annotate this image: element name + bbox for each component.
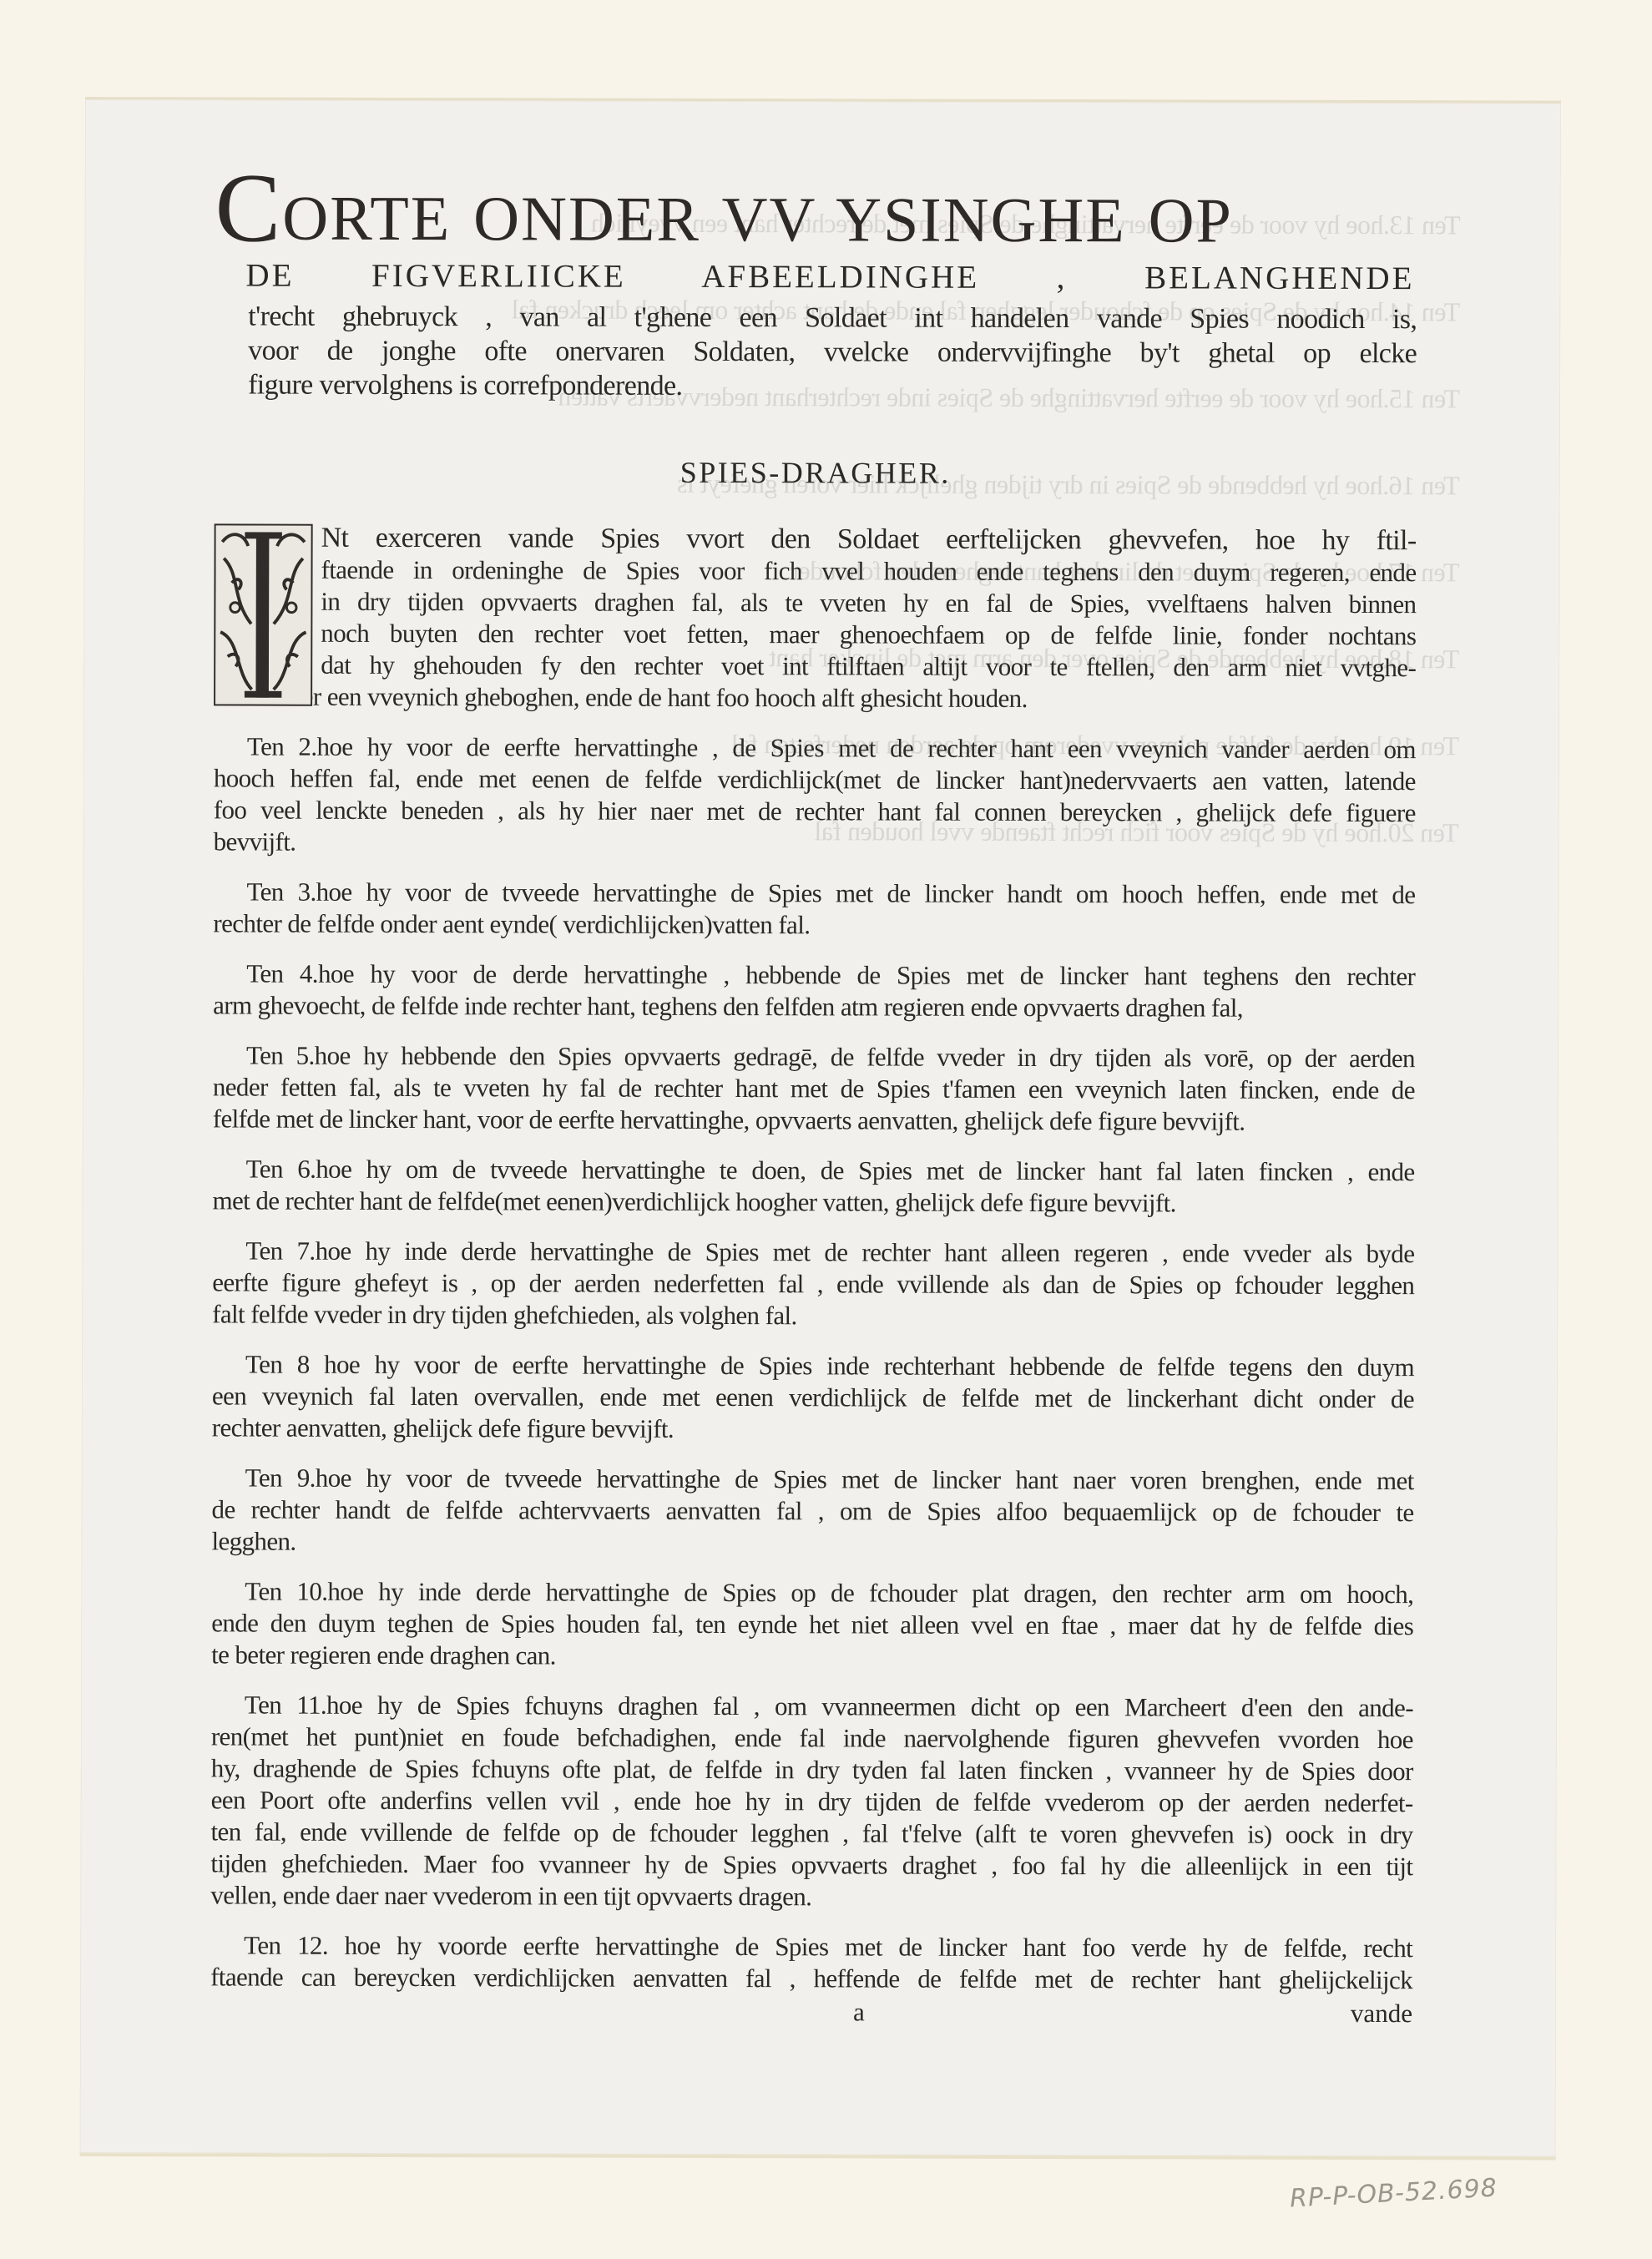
paragraph-line: met de rechter hant de felfde(met eenen)… bbox=[212, 1185, 1414, 1220]
paragraph-2: Ten 2.hoe hy voor de eerfte hervattinghe… bbox=[214, 730, 1416, 861]
title-intro: t'recht ghebruyck , van al t'ghene een S… bbox=[248, 300, 1417, 406]
title-initial: C bbox=[215, 166, 283, 250]
paragraph-line: legghen. bbox=[211, 1525, 1413, 1560]
paragraph-line: Ten 2.hoe hy voor de eerfte hervattinghe… bbox=[214, 730, 1416, 766]
paragraph-line: arm ghevoecht, de felfde inde rechter ha… bbox=[213, 989, 1415, 1024]
signature-mark: a bbox=[853, 1996, 865, 2028]
paragraph-line: neder fetten fal, als te vveten hy fal d… bbox=[213, 1071, 1415, 1106]
paragraph-line: ende den duym teghen de Spies houden fal… bbox=[211, 1607, 1413, 1642]
paragraph-line: ftaende in ordeninghe de Spies voor fich… bbox=[214, 553, 1416, 589]
paragraph-line: een vveynich fal laten overvallen, ende … bbox=[212, 1380, 1414, 1415]
intro-line: t'recht ghebruyck , van al t'ghene een S… bbox=[248, 300, 1417, 337]
paragraph-6: Ten 6.hoe hy om de tvveede hervattinghe … bbox=[212, 1153, 1414, 1220]
paragraph-11: Ten 11.hoe hy de Spies fchuyns draghen f… bbox=[210, 1689, 1413, 1914]
document-title: CORTE ONDER VV YSINGHE OP bbox=[215, 158, 1417, 253]
paragraph-line: Ten 7.hoe hy inde derde hervattinghe de … bbox=[212, 1235, 1414, 1270]
paragraph-line: falt felfde vveder in dry tijden ghefchi… bbox=[212, 1298, 1414, 1333]
paragraph-line: dat hy ghehouden fy den rechter voet int… bbox=[214, 649, 1416, 684]
paragraph-3: Ten 3.hoe hy voor de tvveede hervattingh… bbox=[213, 876, 1415, 943]
paragraph-9: Ten 9.hoe hy voor de tvveede hervattingh… bbox=[211, 1462, 1413, 1560]
ornamental-dropcap-icon bbox=[214, 523, 313, 705]
paragraph-line: Ten 5.hoe hy hebbende den Spies opvvaert… bbox=[213, 1039, 1415, 1074]
page-footer-line: a vande bbox=[210, 1994, 1412, 2029]
paragraph-line: noch buyten den rechter voet fetten, mae… bbox=[214, 617, 1416, 652]
paragraph-5: Ten 5.hoe hy hebbende den Spies opvvaert… bbox=[213, 1039, 1415, 1138]
section-heading: SPIES-DRAGHER. bbox=[215, 453, 1417, 492]
paragraph-line: Ten 3.hoe hy voor de tvveede hervattingh… bbox=[213, 876, 1415, 911]
numbered-paragraphs: Ten 2.hoe hy voor de eerfte hervattinghe… bbox=[210, 730, 1416, 1996]
document-subtitle: DE FIGVERLIICKE AFBEELDINGHE , BELANGHEN… bbox=[245, 257, 1414, 298]
paragraph-12: Ten 12. hoe hy voorde eerfte hervattingh… bbox=[210, 1929, 1412, 1996]
paragraph-line: Ten 9.hoe hy voor de tvveede hervattingh… bbox=[212, 1462, 1414, 1497]
paragraph-line: bevvijft. bbox=[214, 826, 1416, 861]
paragraph-4: Ten 4.hoe hy voor de derde hervattinghe … bbox=[213, 958, 1415, 1024]
paragraph-line: felfde met de lincker hant, voor de eerf… bbox=[213, 1103, 1415, 1138]
paragraph-line: Ten 4.hoe hy voor de derde hervattinghe … bbox=[213, 958, 1415, 993]
paragraph-line: een Poort ofte anderfins vellen vvil , e… bbox=[211, 1784, 1413, 1819]
inventory-number: RP-P-OB-52.698 bbox=[1289, 2174, 1498, 2214]
catchword: vande bbox=[1351, 1998, 1412, 2029]
paragraph-line: de rechter handt de felfde achtervvaerts… bbox=[212, 1493, 1414, 1529]
paragraph-line: Ten 8 hoe hy voor de eerfte hervattinghe… bbox=[212, 1348, 1414, 1383]
paragraph-1: Nt exerceren vande Spies vvort den Solda… bbox=[214, 522, 1417, 715]
paragraph-7: Ten 7.hoe hy inde derde hervattinghe de … bbox=[212, 1235, 1414, 1333]
paragraph-line: rechter de felfde onder aent eynde( verd… bbox=[213, 907, 1415, 943]
paragraph-line: Ten 6.hoe hy om de tvveede hervattinghe … bbox=[213, 1153, 1415, 1188]
paragraph-8: Ten 8 hoe hy voor de eerfte hervattinghe… bbox=[212, 1348, 1414, 1447]
paragraph-line: ren(met het punt)niet en foude befchadig… bbox=[211, 1721, 1413, 1756]
intro-line: figure vervolghens is correfponderende. bbox=[248, 368, 1417, 406]
paragraph-10: Ten 10.hoe hy inde derde hervattinghe de… bbox=[211, 1575, 1413, 1674]
paragraph-line: tijden ghefchieden. Maer foo vvanneer hy… bbox=[210, 1847, 1412, 1882]
paragraph-line: ftaende can bereycken verdichlijcken aen… bbox=[210, 1961, 1412, 1996]
paragraph-line: te beter regieren ende draghen can. bbox=[211, 1639, 1413, 1674]
title-text: ORTE ONDER VV YSINGHE OP bbox=[282, 187, 1233, 253]
paragraph-line: Ten 11.hoe hy de Spies fchuyns draghen f… bbox=[211, 1689, 1413, 1724]
paragraph-line: vellen, ende daer naer vvederom in een t… bbox=[210, 1879, 1412, 1914]
paragraph-line: Nt exerceren vande Spies vvort den Solda… bbox=[215, 522, 1417, 557]
paragraph-line: eerfte figure ghefeyt is , op der aerden… bbox=[212, 1266, 1414, 1301]
paragraph-line: in dry tijden opvvaerts draghen fal, als… bbox=[214, 585, 1416, 620]
paragraph-line: rechter aenvatten, ghelijck defe figure … bbox=[212, 1412, 1414, 1447]
paragraph-line: hy, draghende de Spies fchuyns ofte plat… bbox=[211, 1752, 1413, 1787]
paragraph-line: ten fal, ende vvillende de felfde op de … bbox=[211, 1816, 1413, 1851]
paragraph-line: Ten 10.hoe hy inde derde hervattinghe de… bbox=[211, 1575, 1413, 1610]
paragraph-line: hooch heffen fal, ende met eenen de felf… bbox=[214, 762, 1416, 797]
paragraph-line: ftrect maer een vveynich gheboghen, ende… bbox=[214, 680, 1416, 715]
document-body: CORTE ONDER VV YSINGHE OP DE FIGVERLIICK… bbox=[210, 158, 1417, 2029]
paragraph-line: foo veel lenckte beneden , als hy hier n… bbox=[214, 794, 1416, 829]
printed-sheet: Ten 13.hoe hy voor de eerfte hervattingh… bbox=[80, 97, 1561, 2160]
intro-line: voor de jonghe ofte onervaren Soldaten, … bbox=[248, 334, 1417, 371]
paragraph-line: Ten 12. hoe hy voorde eerfte hervattingh… bbox=[210, 1929, 1412, 1964]
